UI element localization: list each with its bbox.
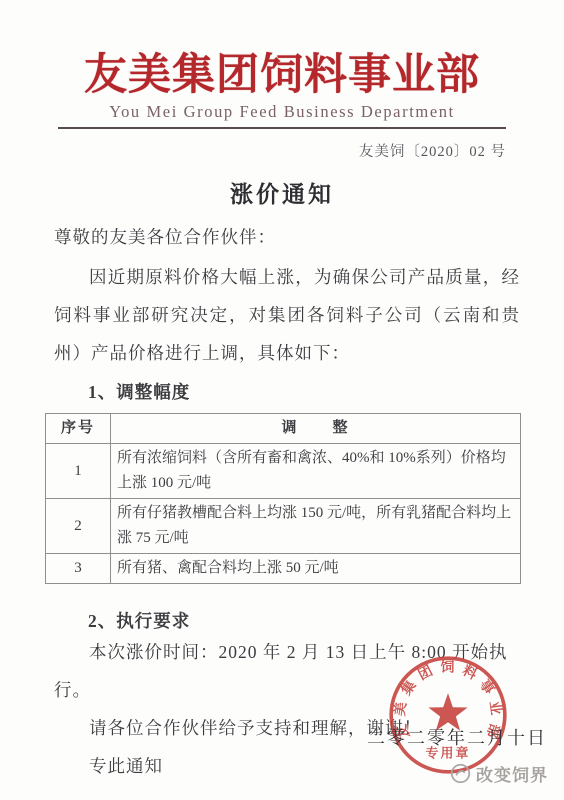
issue-date: 二零二零年二月十日 <box>367 724 547 750</box>
salutation-line: 尊敬的友美各位合作伙伴： <box>54 224 520 249</box>
row-adjustment: 所有仔猪教槽配合料上均涨 150 元/吨，所有乳猪配合料均上涨 75 元/吨 <box>111 499 521 554</box>
publisher-watermark: 改变饲界 <box>450 761 548 786</box>
table-header-row: 序号 调 整 <box>46 414 521 444</box>
intro-paragraph: 因近期原料价格大幅上涨，为确保公司产品质量，经饲料事业部研究决定，对集团各饲料子… <box>54 258 520 372</box>
notice-title: 涨价通知 <box>0 176 564 209</box>
watermark-logo-icon <box>450 763 471 784</box>
adjustment-table: 序号 调 整 1 所有浓缩饲料（含所有畜和禽浓、40%和 10%系列）价格均上涨… <box>45 413 521 584</box>
company-seal-stamp-icon: 友美集团饲料事业部 专用章 <box>386 653 510 777</box>
row-no: 2 <box>46 499 111 554</box>
table-row: 1 所有浓缩饲料（含所有畜和禽浓、40%和 10%系列）价格均上涨 100 元/… <box>46 444 521 499</box>
row-no: 3 <box>46 554 111 584</box>
org-name-english-wrap: You Mei Group Feed Business Department <box>58 102 506 129</box>
column-header-no: 序号 <box>46 414 111 444</box>
table-row: 2 所有仔猪教槽配合料上均涨 150 元/吨，所有乳猪配合料均上涨 75 元/吨 <box>46 499 521 554</box>
watermark-text: 改变饲界 <box>476 761 548 786</box>
row-adjustment: 所有浓缩饲料（含所有畜和禽浓、40%和 10%系列）价格均上涨 100 元/吨 <box>111 444 521 499</box>
notice-document-page: 友美集团饲料事业部 You Mei Group Feed Business De… <box>0 0 564 800</box>
org-name-english: You Mei Group Feed Business Department <box>109 102 455 121</box>
table-row: 3 所有猪、禽配合料均上涨 50 元/吨 <box>46 554 521 584</box>
row-adjustment: 所有猪、禽配合料均上涨 50 元/吨 <box>111 554 521 584</box>
column-header-adjustment: 调 整 <box>111 414 521 444</box>
document-number: 友美饲〔2020〕02 号 <box>0 140 564 161</box>
section2-heading: 2、执行要求 <box>88 608 564 633</box>
section1-heading: 1、调整幅度 <box>88 379 564 404</box>
row-no: 1 <box>46 444 111 499</box>
org-name-chinese: 友美集团饲料事业部 <box>30 52 534 99</box>
